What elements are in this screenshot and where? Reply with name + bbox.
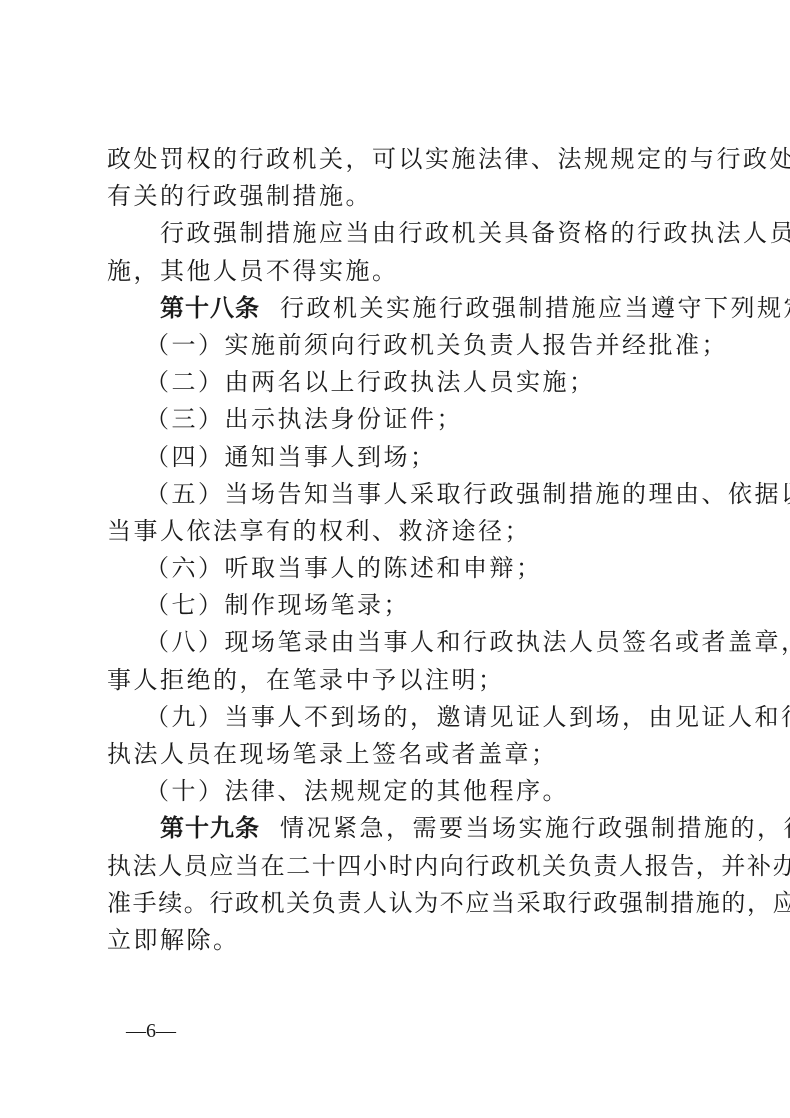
article-number: 第十八条 [160, 294, 260, 322]
item-text: 出示执法身份证件； [225, 405, 464, 433]
list-item-continuation: 执法人员在现场笔录上签名或者盖章； [107, 736, 693, 773]
list-item: （十）法律、法规规定的其他程序。 [107, 773, 693, 810]
list-item: （二）由两名以上行政执法人员实施； [107, 364, 693, 401]
article-number: 第十九条 [160, 814, 260, 842]
item-label: （六） [145, 554, 225, 582]
document-page: 政处罚权的行政机关，可以实施法律、法规规定的与行政处罚权 有关的行政强制措施。 … [107, 141, 693, 959]
item-label: （四） [145, 443, 225, 471]
list-item: （九）当事人不到场的，邀请见证人到场，由见证人和行政 [107, 699, 693, 736]
item-text: 实施前须向行政机关负责人报告并经批准； [225, 331, 729, 359]
paragraph-start: 行政强制措施应当由行政机关具备资格的行政执法人员实 [107, 215, 693, 252]
item-text: 法律、法规规定的其他程序。 [225, 777, 570, 805]
item-text: 当事人不到场的，邀请见证人到场，由见证人和行政 [225, 703, 790, 731]
item-text: 现场笔录由当事人和行政执法人员签名或者盖章，当 [225, 628, 790, 656]
item-text: 由两名以上行政执法人员实施； [225, 368, 596, 396]
item-text: 当场告知当事人采取行政强制措施的理由、依据以及 [225, 480, 790, 508]
text-line: 执法人员应当在二十四小时内向行政机关负责人报告，并补办批 [107, 848, 693, 885]
list-item: （七）制作现场笔录； [107, 587, 693, 624]
item-label: （二） [145, 368, 225, 396]
article-19-heading: 第十九条情况紧急，需要当场实施行政强制措施的，行政 [107, 810, 693, 847]
item-label: （一） [145, 331, 225, 359]
article-text: 情况紧急，需要当场实施行政强制措施的，行政 [280, 814, 790, 842]
article-intro: 行政机关实施行政强制措施应当遵守下列规定： [280, 294, 790, 322]
item-label: （三） [145, 405, 225, 433]
text-line: 有关的行政强制措施。 [107, 178, 693, 215]
list-item: （一）实施前须向行政机关负责人报告并经批准； [107, 327, 693, 364]
item-text: 通知当事人到场； [225, 443, 437, 471]
list-item-continuation: 当事人依法享有的权利、救济途径； [107, 513, 693, 550]
list-item-continuation: 事人拒绝的，在笔录中予以注明； [107, 662, 693, 699]
list-item: （四）通知当事人到场； [107, 439, 693, 476]
item-label: （十） [145, 777, 225, 805]
article-18-heading: 第十八条行政机关实施行政强制措施应当遵守下列规定： [107, 290, 693, 327]
list-item: （五）当场告知当事人采取行政强制措施的理由、依据以及 [107, 476, 693, 513]
item-label: （九） [145, 703, 225, 731]
item-label: （八） [145, 628, 225, 656]
list-item: （六）听取当事人的陈述和申辩； [107, 550, 693, 587]
page-number: —6— [126, 1020, 176, 1043]
list-item: （八）现场笔录由当事人和行政执法人员签名或者盖章，当 [107, 624, 693, 661]
text-line: 立即解除。 [107, 922, 693, 959]
item-label: （七） [145, 591, 225, 619]
item-label: （五） [145, 480, 225, 508]
list-item: （三）出示执法身份证件； [107, 401, 693, 438]
item-text: 听取当事人的陈述和申辩； [225, 554, 543, 582]
text-line: 施，其他人员不得实施。 [107, 253, 693, 290]
text-line: 准手续。行政机关负责人认为不应当采取行政强制措施的，应当 [107, 885, 693, 922]
item-text: 制作现场笔录； [225, 591, 411, 619]
text-line: 政处罚权的行政机关，可以实施法律、法规规定的与行政处罚权 [107, 141, 693, 178]
